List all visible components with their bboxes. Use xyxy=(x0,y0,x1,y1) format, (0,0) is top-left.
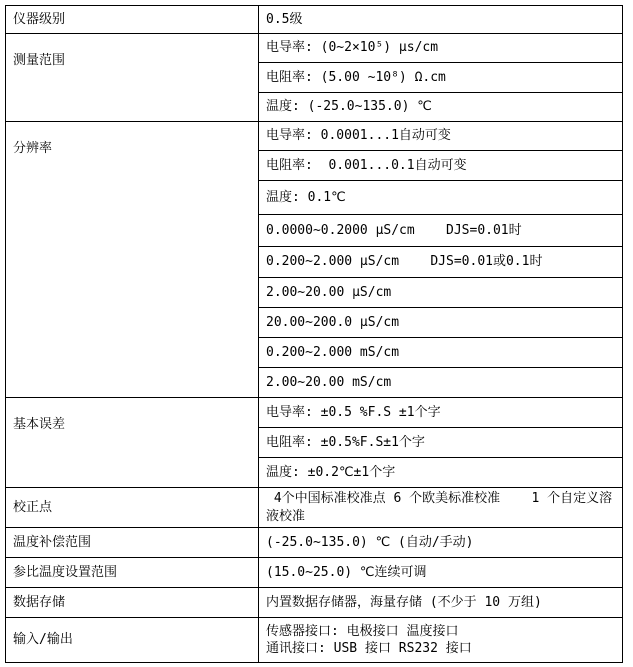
table-row: 分辨率 电导率: 0.0001...1自动可变 xyxy=(6,122,623,151)
spec-value: 电导率: ±0.5 %F.S ±1个字 xyxy=(259,398,623,428)
spec-value: 电阻率: 0.001...0.1自动可变 xyxy=(259,151,623,181)
table-row: 校正点 4个中国标准校准点 6 个欧美标准校准 1 个自定义溶液校准 xyxy=(6,488,623,528)
table-row: 基本误差 电导率: ±0.5 %F.S ±1个字 xyxy=(6,398,623,428)
table-row: 输入/输出 传感器接口: 电极接口 温度接口 通讯接口: USB 接口 RS23… xyxy=(6,618,623,663)
section-label-calibration-points: 校正点 xyxy=(6,488,259,528)
spec-value: 0.200~2.000 μS/cm DJS=0.01或0.1时 xyxy=(259,247,623,278)
spec-value: 电阻率: (5.00 ~10⁸) Ω.cm xyxy=(259,63,623,93)
spec-value: 温度: (-25.0~135.0) ℃ xyxy=(259,93,623,122)
spec-value: (15.0~25.0) ℃连续可调 xyxy=(259,558,623,588)
spec-value: 电阻率: ±0.5%F.S±1个字 xyxy=(259,428,623,458)
section-label-reference-temp-range: 参比温度设置范围 xyxy=(6,558,259,588)
spec-value: 0.200~2.000 mS/cm xyxy=(259,338,623,368)
spec-value: 2.00~20.00 μS/cm xyxy=(259,278,623,308)
spec-value: 0.0000~0.2000 μS/cm DJS=0.01时 xyxy=(259,215,623,247)
section-label-resolution: 分辨率 xyxy=(6,122,259,398)
spec-value: 电导率: (0~2×10⁵) μs/cm xyxy=(259,34,623,63)
section-label-instrument-grade: 仪器级别 xyxy=(6,6,259,34)
spec-value: 电导率: 0.0001...1自动可变 xyxy=(259,122,623,151)
section-label-input-output: 输入/输出 xyxy=(6,618,259,663)
spec-value: 0.5级 xyxy=(259,6,623,34)
section-label-data-storage: 数据存储 xyxy=(6,588,259,618)
spec-value: 温度: ±0.2℃±1个字 xyxy=(259,458,623,488)
section-label-basic-error: 基本误差 xyxy=(6,398,259,488)
spec-value: 温度: 0.1℃ xyxy=(259,181,623,215)
spec-value: 传感器接口: 电极接口 温度接口 通讯接口: USB 接口 RS232 接口 xyxy=(259,618,623,663)
page: 仪器级别 0.5级 测量范围 电导率: (0~2×10⁵) μs/cm 电阻率:… xyxy=(0,0,633,667)
spec-value: 2.00~20.00 mS/cm xyxy=(259,368,623,398)
spec-value: 4个中国标准校准点 6 个欧美标准校准 1 个自定义溶液校准 xyxy=(259,488,623,528)
spec-table: 仪器级别 0.5级 测量范围 电导率: (0~2×10⁵) μs/cm 电阻率:… xyxy=(5,5,623,663)
spec-value: 20.00~200.0 μS/cm xyxy=(259,308,623,338)
table-row: 测量范围 电导率: (0~2×10⁵) μs/cm xyxy=(6,34,623,63)
spec-value: (-25.0~135.0) ℃ (自动/手动) xyxy=(259,528,623,558)
table-row: 仪器级别 0.5级 xyxy=(6,6,623,34)
table-row: 参比温度设置范围 (15.0~25.0) ℃连续可调 xyxy=(6,558,623,588)
spec-value: 内置数据存储器，海量存储 (不少于 10 万组) xyxy=(259,588,623,618)
section-label-measure-range: 测量范围 xyxy=(6,34,259,122)
section-label-temp-compensation-range: 温度补偿范围 xyxy=(6,528,259,558)
table-row: 温度补偿范围 (-25.0~135.0) ℃ (自动/手动) xyxy=(6,528,623,558)
table-row: 数据存储 内置数据存储器，海量存储 (不少于 10 万组) xyxy=(6,588,623,618)
